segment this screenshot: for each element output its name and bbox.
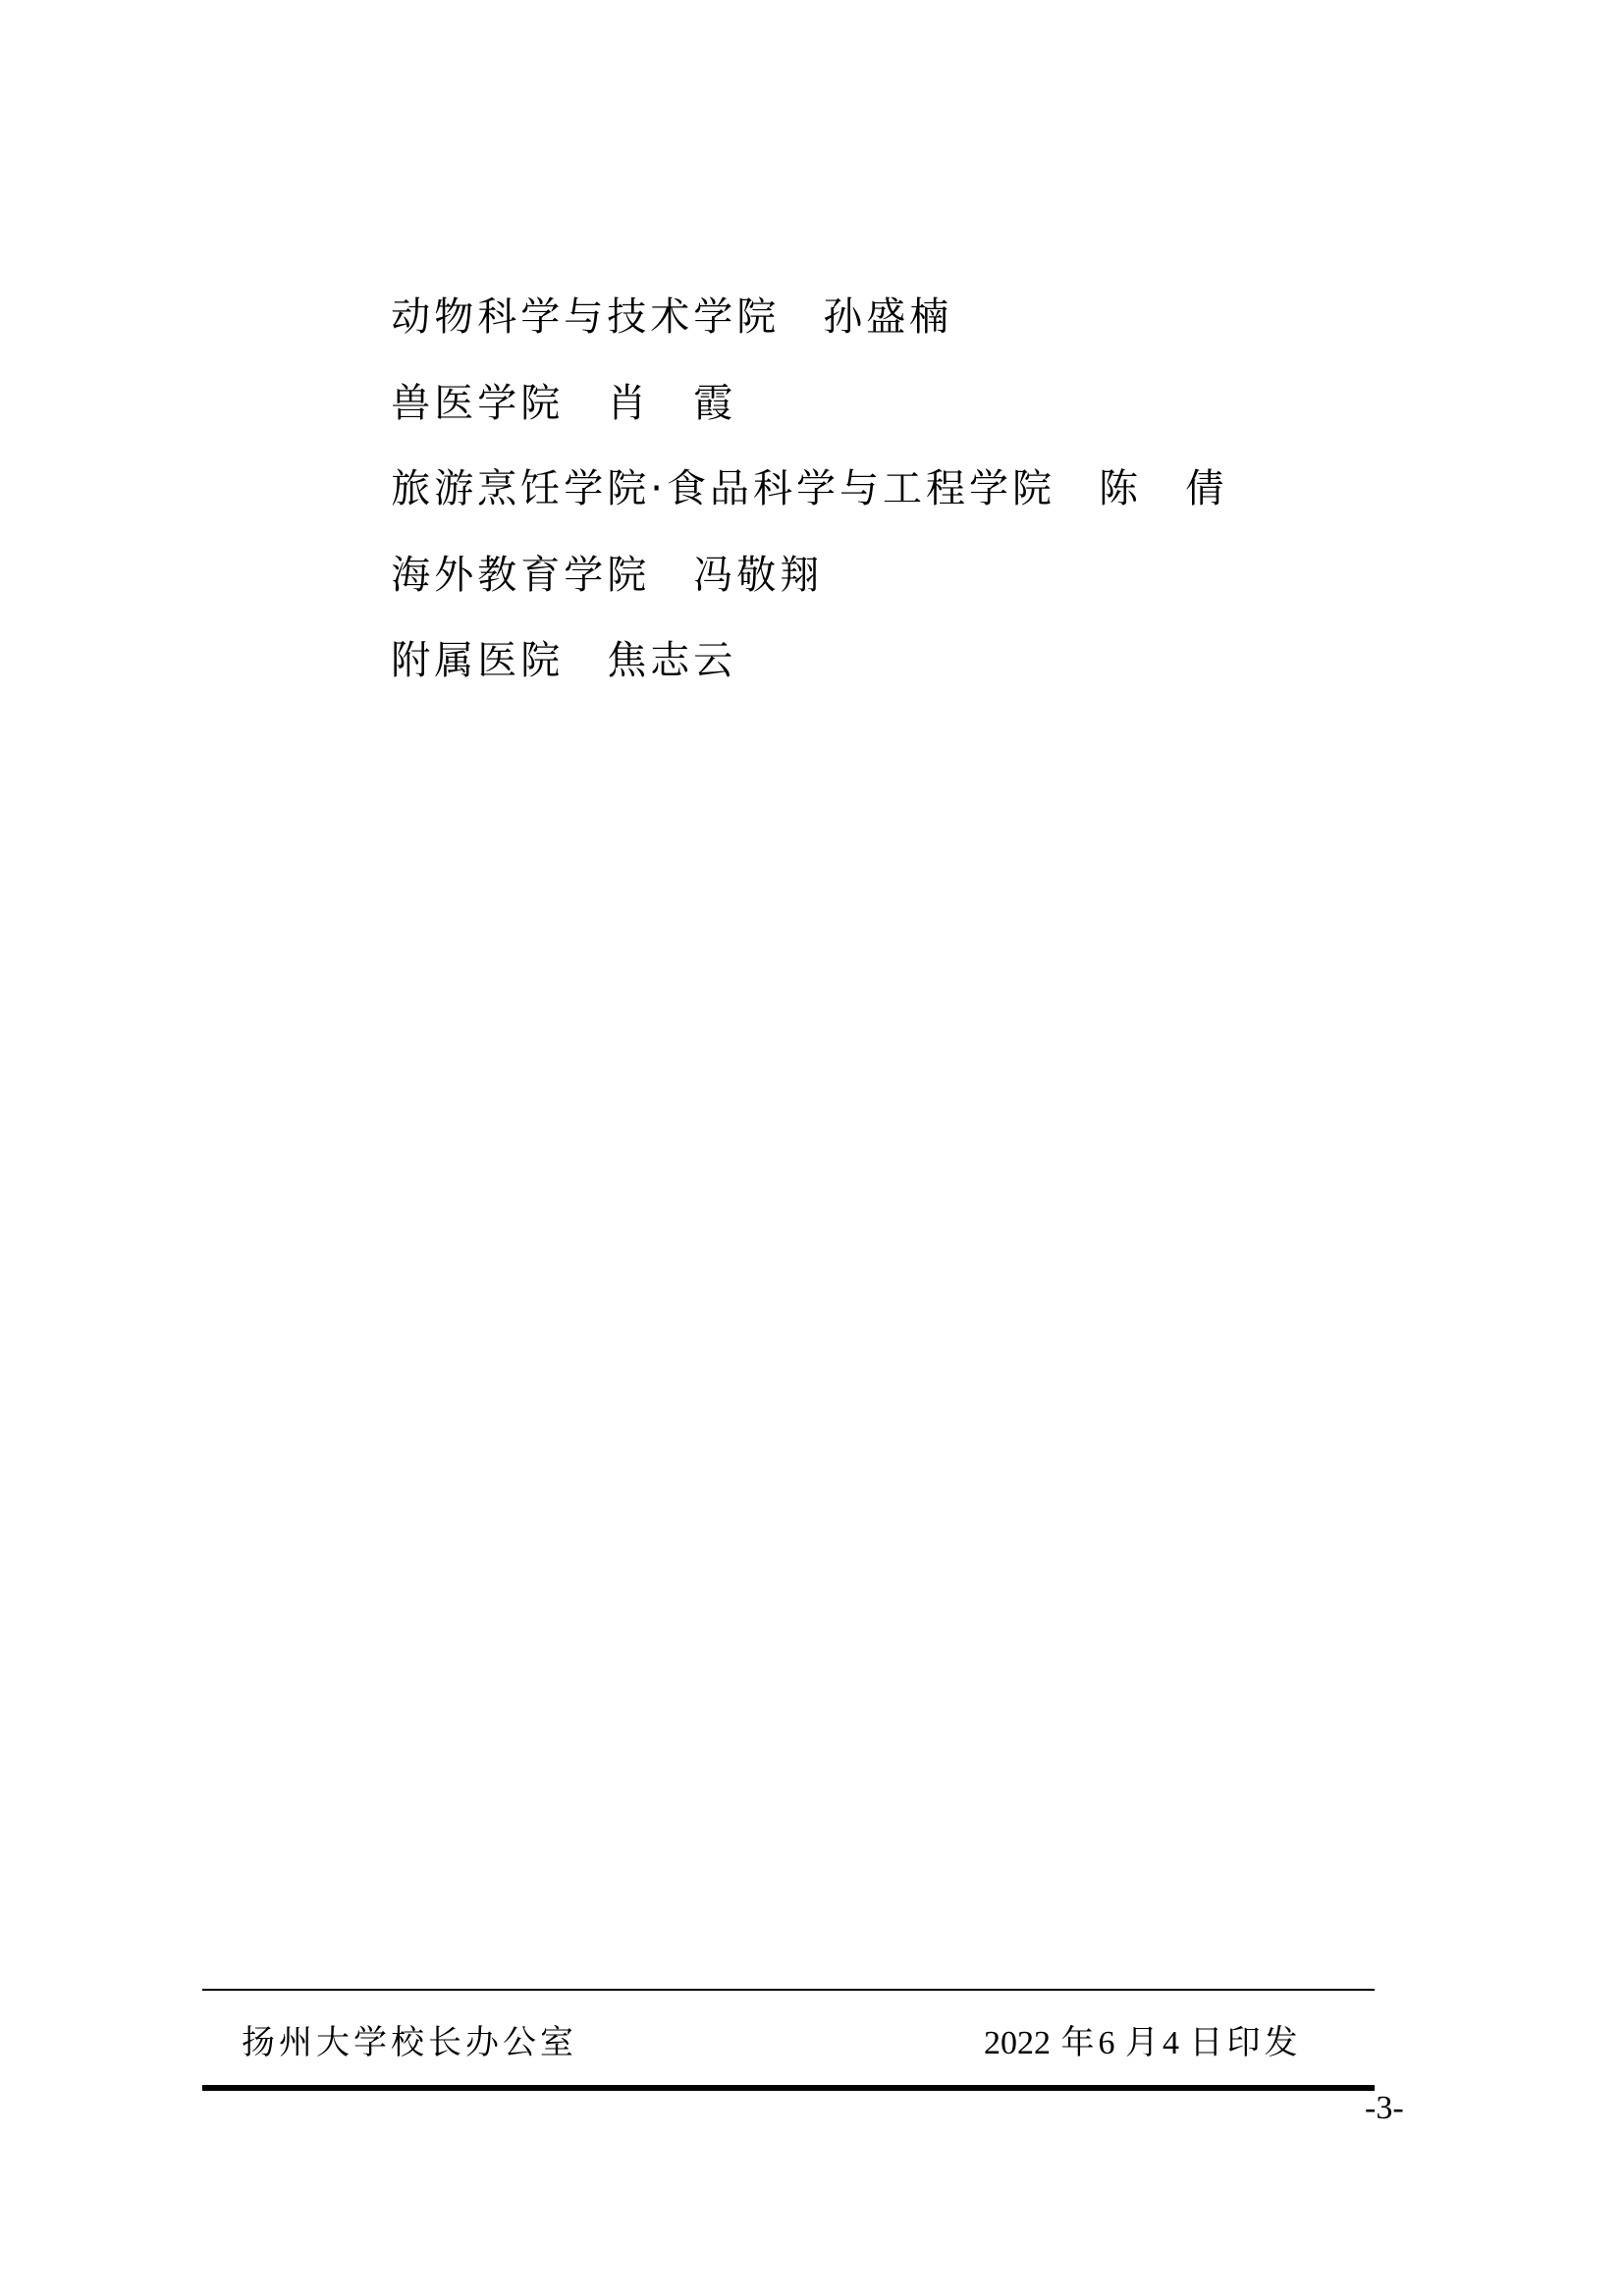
date-year: 2022 [984, 2025, 1051, 2061]
list-item: 动物科学与技术学院孙盛楠 [293, 232, 1228, 318]
document-page: 动物科学与技术学院孙盛楠 兽医学院肖 霞 旅游烹饪学院·食品科学与工程学院陈 倩… [0, 0, 1624, 2296]
contact-person: 陈 倩 [1099, 460, 1228, 517]
unit-contact-list: 动物科学与技术学院孙盛楠 兽医学院肖 霞 旅游烹饪学院·食品科学与工程学院陈 倩… [293, 232, 1228, 662]
contact-person: 肖 霞 [607, 375, 736, 432]
date-year-char: 年 [1061, 2023, 1099, 2062]
date-day: 4 [1163, 2025, 1179, 2061]
unit-name: 动物科学与技术学院 [391, 289, 780, 346]
contact-person: 孙盛楠 [823, 289, 952, 346]
date-month-char: 月 [1125, 2023, 1163, 2062]
date-day-char: 日印发 [1190, 2023, 1302, 2062]
contact-person: 冯敬翔 [693, 547, 823, 604]
contact-person: 焦志云 [607, 632, 736, 689]
issue-date: 2022 年6 月4 日印发 [984, 2018, 1302, 2068]
footer-top-rule [202, 1989, 1375, 1991]
unit-name: 附属医院 [391, 632, 564, 689]
page-number: -3- [1365, 2089, 1404, 2128]
unit-name: 海外教育学院 [391, 547, 650, 604]
issuing-office: 扬州大学校长办公室 [242, 2018, 577, 2067]
unit-name: 旅游烹饪学院·食品科学与工程学院 [391, 460, 1056, 517]
footer-bottom-rule [202, 2085, 1375, 2091]
date-month: 6 [1099, 2025, 1115, 2061]
unit-name: 兽医学院 [391, 375, 564, 432]
